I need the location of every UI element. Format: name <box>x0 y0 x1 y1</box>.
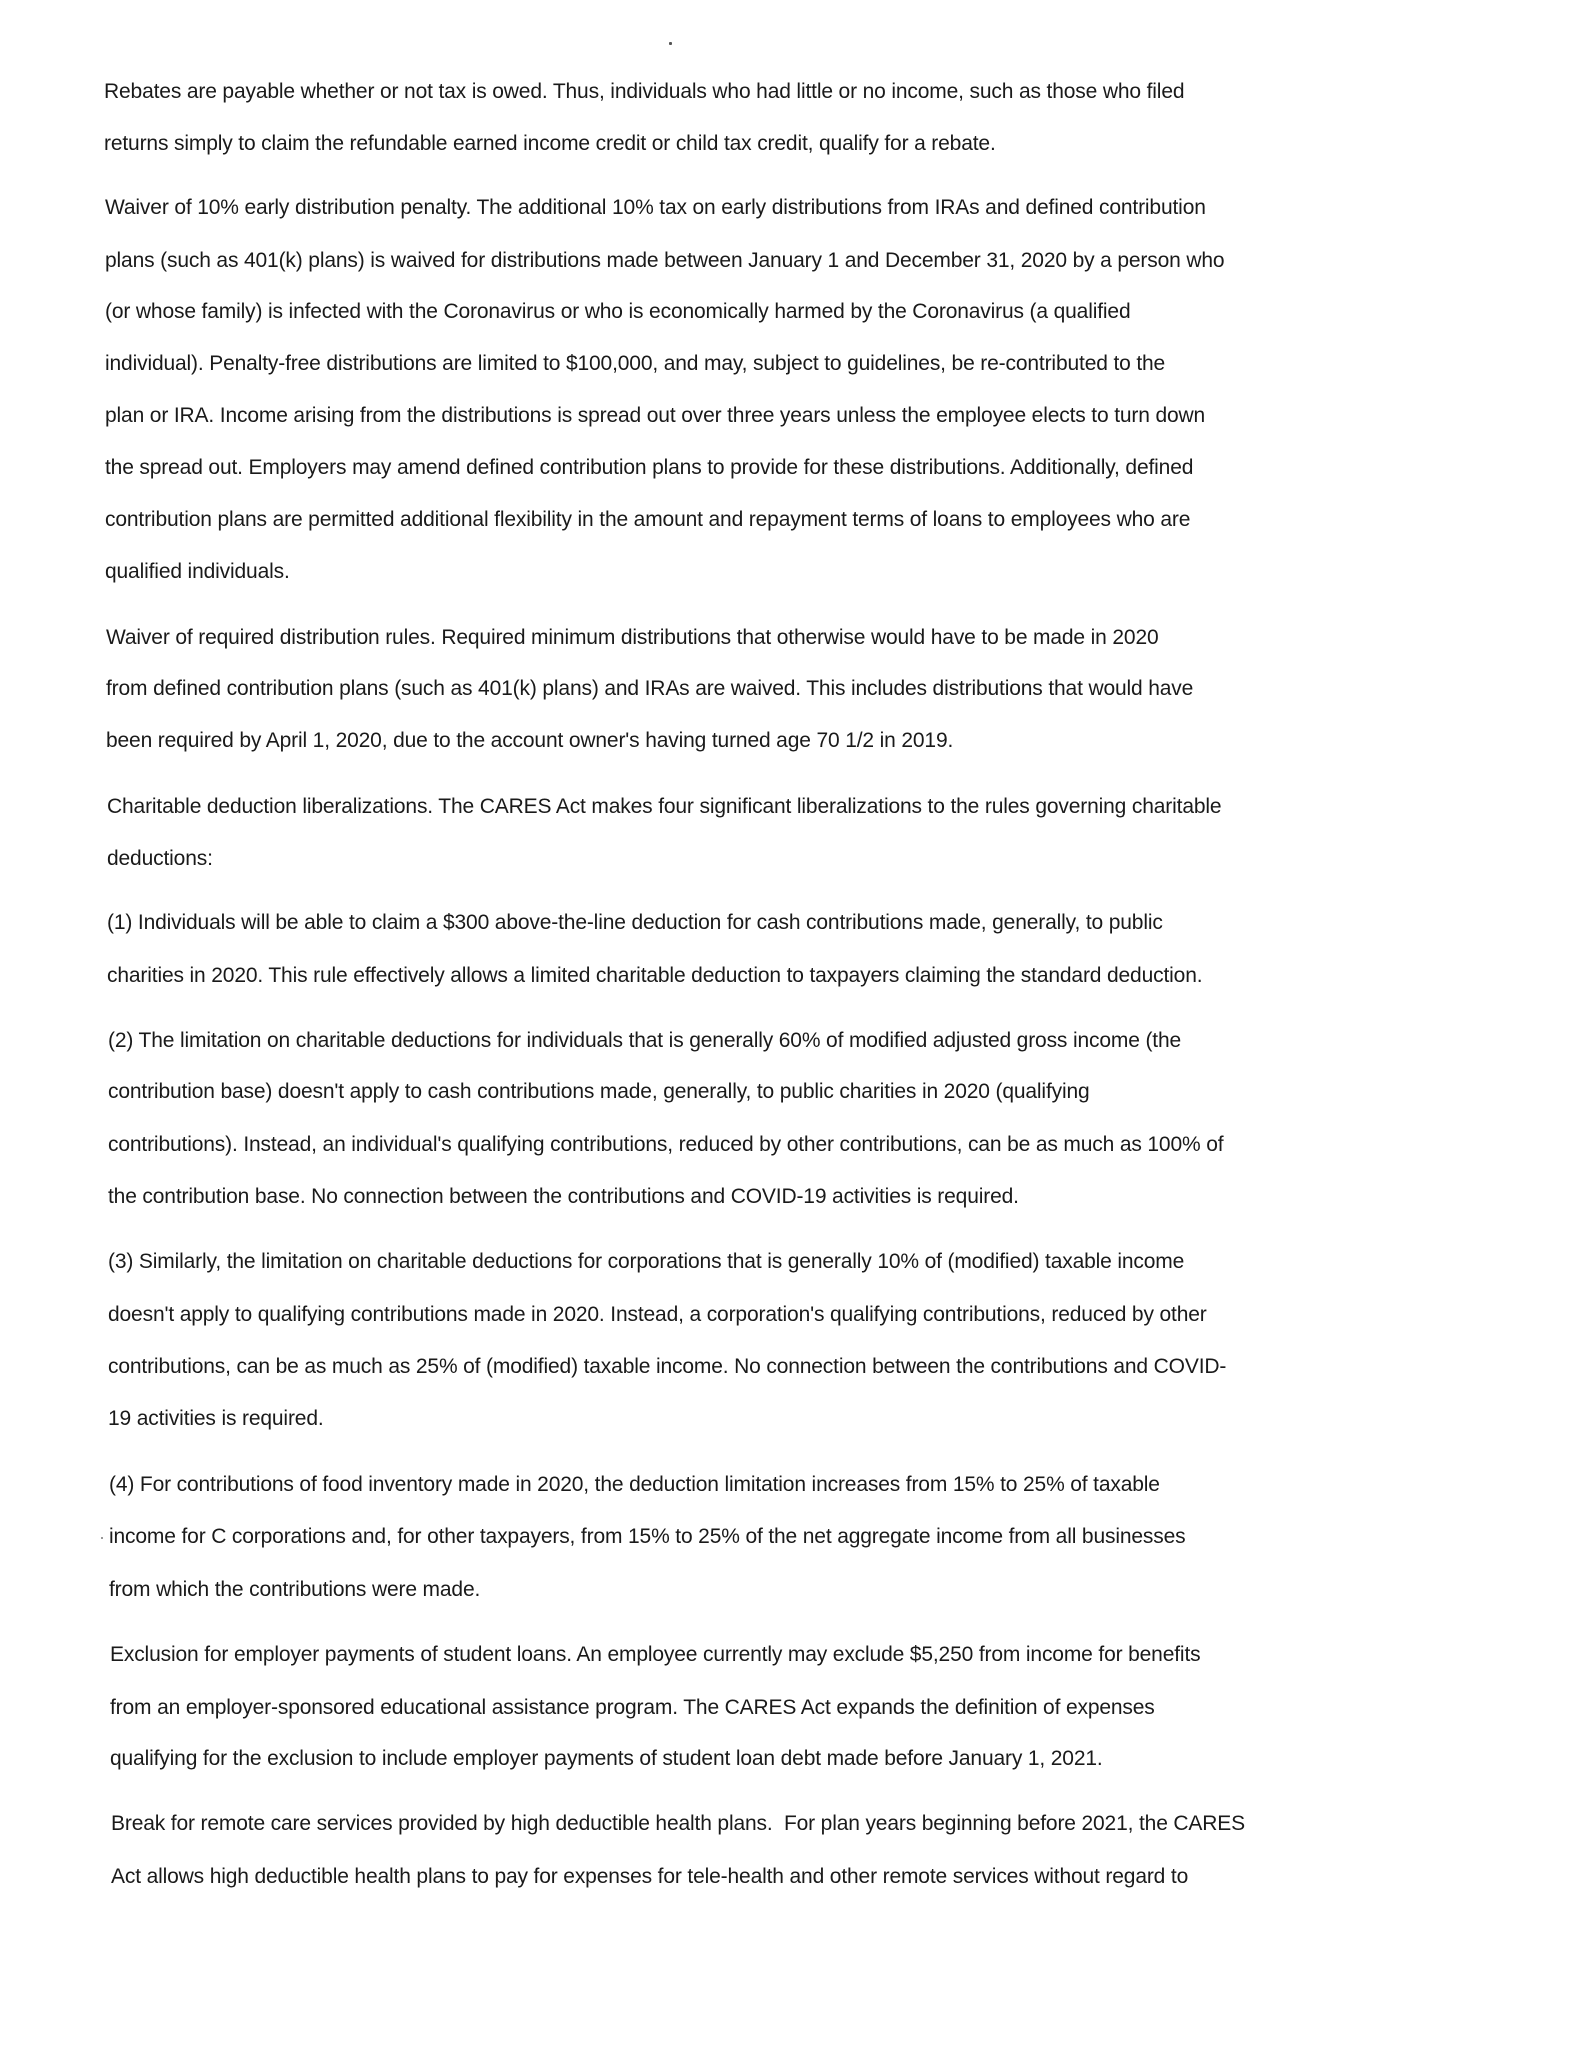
text-line: the contribution base. No connection bet… <box>108 1184 1019 1210</box>
text-line: from defined contribution plans (such as… <box>106 676 1193 702</box>
text-line: individual). Penalty-free distributions … <box>105 351 1165 377</box>
text-line: Exclusion for employer payments of stude… <box>110 1642 1200 1668</box>
text-line: Rebates are payable whether or not tax i… <box>104 79 1184 105</box>
text-line: from which the contributions were made. <box>109 1577 480 1603</box>
text-line: charities in 2020. This rule effectively… <box>107 963 1202 989</box>
text-line: doesn't apply to qualifying contribution… <box>108 1302 1207 1328</box>
text-line: Waiver of required distribution rules. R… <box>106 625 1159 651</box>
scan-artifact <box>101 1537 103 1539</box>
text-line: (4) For contributions of food inventory … <box>109 1472 1160 1498</box>
text-line: qualified individuals. <box>105 559 290 585</box>
text-line: Break for remote care services provided … <box>111 1811 1245 1837</box>
text-line: returns simply to claim the refundable e… <box>104 131 996 157</box>
text-line: plan or IRA. Income arising from the dis… <box>105 403 1205 429</box>
text-line: (1) Individuals will be able to claim a … <box>107 910 1163 936</box>
text-line: been required by April 1, 2020, due to t… <box>106 728 953 754</box>
text-line: contributions, can be as much as 25% of … <box>108 1354 1226 1380</box>
text-line: (3) Similarly, the limitation on charita… <box>108 1249 1184 1275</box>
text-line: from an employer-sponsored educational a… <box>110 1695 1155 1721</box>
document-page: Rebates are payable whether or not tax i… <box>0 0 1582 2048</box>
text-line: contribution plans are permitted additio… <box>105 507 1190 533</box>
text-line: Act allows high deductible health plans … <box>111 1864 1188 1890</box>
text-line: plans (such as 401(k) plans) is waived f… <box>105 248 1224 274</box>
text-line: qualifying for the exclusion to include … <box>110 1746 1103 1772</box>
text-line: (or whose family) is infected with the C… <box>105 299 1131 325</box>
text-line: contribution base) doesn't apply to cash… <box>108 1079 1090 1105</box>
text-line: (2) The limitation on charitable deducti… <box>108 1028 1181 1054</box>
text-line: Charitable deduction liberalizations. Th… <box>107 794 1221 820</box>
text-line: income for C corporations and, for other… <box>109 1524 1185 1550</box>
text-line: the spread out. Employers may amend defi… <box>105 455 1193 481</box>
text-line: 19 activities is required. <box>108 1406 324 1432</box>
text-line: Waiver of 10% early distribution penalty… <box>105 195 1206 221</box>
scan-artifact <box>669 42 672 45</box>
text-line: deductions: <box>107 846 213 872</box>
text-line: contributions). Instead, an individual's… <box>108 1132 1223 1158</box>
